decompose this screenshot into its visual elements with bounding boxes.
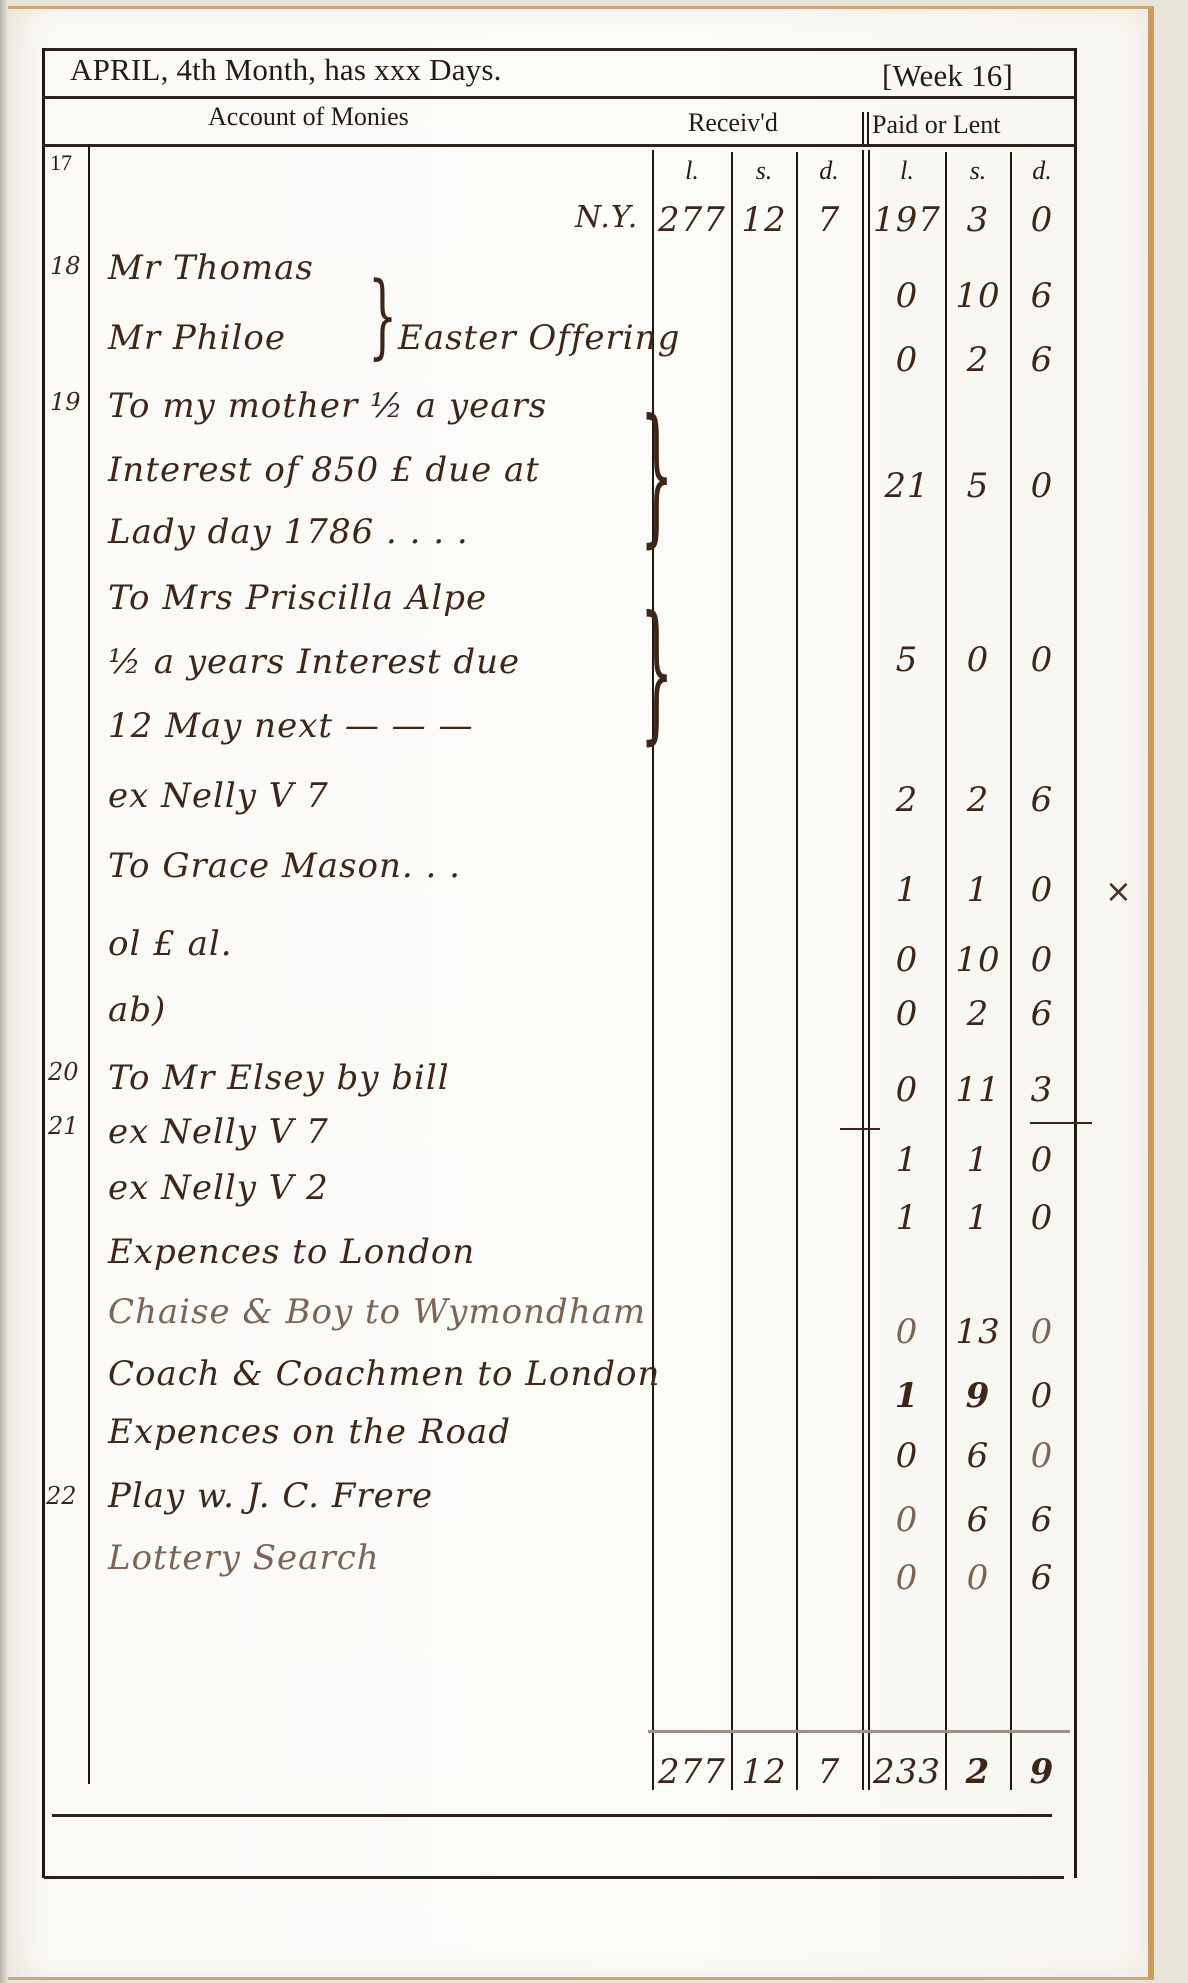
entry-paid-shillings: 1 [947, 1140, 1009, 1180]
entry-description: Expences to London [108, 1232, 475, 1272]
entry-paid-pounds: 0 [870, 1312, 944, 1352]
received-d-rule [796, 152, 798, 1790]
received-paid-double-rule-a [862, 150, 864, 1790]
bf-received-shillings: 12 [733, 200, 795, 240]
entry-paid-pence: 0 [1012, 1312, 1072, 1352]
entry-description: ex Nelly V 2 [108, 1168, 329, 1208]
entry-paid-pence: 0 [1012, 1198, 1072, 1238]
entry-paid-pounds: 0 [870, 940, 944, 980]
tick-mark [840, 1128, 880, 1130]
entry-paid-shillings: 2 [947, 780, 1009, 820]
bf-received-pounds: 277 [654, 200, 730, 240]
week-label: [Week 16] [882, 58, 1013, 94]
entry-paid-pence: 6 [1012, 276, 1072, 316]
entry-description: ab) [108, 990, 166, 1030]
received-pence-unit: d. [799, 156, 859, 186]
entry-paid-pounds: 1 [870, 1198, 944, 1238]
paid-or-lent-header: Paid or Lent [872, 110, 1001, 140]
total-paid-shillings: 2 [947, 1752, 1009, 1792]
entry-paid-pounds: 0 [870, 1436, 944, 1476]
received-shillings-unit: s. [734, 156, 794, 186]
bracket-brace: } [640, 585, 673, 759]
entry-paid-pounds: 1 [870, 870, 944, 910]
entry-paid-shillings: 6 [947, 1436, 1009, 1476]
entry-description: Coach & Coachmen to London [108, 1354, 660, 1394]
entry-date: 21 [48, 1112, 79, 1140]
margin-cross-mark: × [1105, 872, 1132, 910]
entry-description: Mr Thomas [108, 248, 314, 288]
entry-paid-pence: 0 [1012, 870, 1072, 910]
entry-paid-pounds: 0 [870, 340, 944, 380]
total-received-pounds: 277 [654, 1752, 730, 1792]
entry-paid-shillings: 10 [947, 940, 1009, 980]
entry-paid-pence: 0 [1012, 1376, 1072, 1416]
entry-paid-pence: 3 [1012, 1070, 1072, 1110]
entry-description: ex Nelly V 7 [108, 776, 329, 816]
bf-received-pence: 7 [798, 200, 860, 240]
bracket-brace: } [640, 388, 673, 562]
entry-description: Chaise & Boy to Wymondham [108, 1292, 646, 1332]
entry-date: 20 [48, 1058, 79, 1086]
entry-description: Play w. J. C. Frere [108, 1476, 433, 1516]
entry-paid-pence: 6 [1012, 1558, 1072, 1598]
entry-paid-shillings: 11 [947, 1070, 1009, 1110]
bf-paid-pounds: 197 [870, 200, 944, 240]
entry-date: 19 [50, 388, 81, 416]
title-divider [42, 96, 1076, 99]
entry-paid-pounds: 0 [870, 1500, 944, 1540]
entry-paid-shillings: 9 [947, 1376, 1009, 1416]
entry-description: Lottery Search [108, 1538, 380, 1578]
entry-description: To Mrs Priscilla Alpe [108, 578, 487, 618]
page-title: APRIL, 4th Month, has xxx Days. [70, 52, 502, 88]
received-header: Receiv'd [688, 108, 778, 138]
date-column-rule [88, 144, 90, 1784]
entry-date: 22 [46, 1482, 77, 1510]
entry-paid-shillings: 10 [947, 276, 1009, 316]
frame-left-line [42, 48, 45, 1878]
entry-paid-shillings: 0 [947, 1558, 1009, 1598]
frame-right-line [1074, 48, 1077, 1878]
entry-paid-pounds: 2 [870, 780, 944, 820]
entry-description: 12 May next — — — [108, 706, 473, 746]
entry-description: To my mother ½ a years [108, 386, 547, 426]
entry-paid-pounds: 0 [870, 276, 944, 316]
frame-top-line [42, 48, 1076, 51]
entry-paid-shillings: 6 [947, 1500, 1009, 1540]
header-divider [42, 144, 1076, 147]
entry-paid-pounds: 0 [870, 994, 944, 1034]
bf-paid-shillings: 3 [947, 200, 1009, 240]
total-received-shillings: 12 [733, 1752, 795, 1792]
book-spine-shadow [0, 0, 8, 1983]
bottom-rule [52, 1814, 1052, 1817]
page-foot-rule [44, 1876, 1064, 1879]
entry-paid-shillings: 1 [947, 870, 1009, 910]
entry-paid-shillings: 1 [947, 1198, 1009, 1238]
brought-forward-label: N.Y. [575, 200, 638, 235]
entry-paid-shillings: 2 [947, 994, 1009, 1034]
entry-paid-pounds: 1 [870, 1376, 944, 1416]
entry-description: Mr Philoe [108, 318, 286, 358]
entry-paid-pounds: 0 [870, 1070, 944, 1110]
easter-offering-note: Easter Offering [398, 318, 680, 358]
year-prefix: 17 [50, 150, 72, 176]
total-paid-pence: 9 [1012, 1752, 1072, 1792]
entry-paid-shillings: 13 [947, 1312, 1009, 1352]
entry-date: 18 [50, 252, 81, 280]
entry-description: ol £ al. [108, 924, 233, 964]
entry-description: To Mr Elsey by bill [108, 1058, 450, 1098]
paid-pounds-unit: l. [871, 156, 943, 186]
entry-paid-pence: 6 [1012, 994, 1072, 1034]
entry-paid-pounds: 21 [870, 466, 944, 506]
entry-paid-pence: 0 [1012, 940, 1072, 980]
entry-paid-pounds: 1 [870, 1140, 944, 1180]
bf-paid-pence: 0 [1012, 200, 1072, 240]
entry-paid-pence: 6 [1012, 340, 1072, 380]
entry-paid-shillings: 5 [947, 466, 1009, 506]
entry-description: To Grace Mason. . . [108, 846, 461, 886]
entry-paid-pence: 6 [1012, 780, 1072, 820]
total-paid-pounds: 233 [870, 1752, 944, 1792]
account-of-monies-header: Account of Monies [208, 102, 409, 132]
bracket-brace: } [368, 262, 397, 369]
entry-paid-pence: 6 [1012, 1500, 1072, 1540]
entry-paid-pence: 0 [1012, 1436, 1072, 1476]
entry-paid-pounds: 5 [870, 640, 944, 680]
totals-rule [648, 1730, 1070, 1733]
header-double-rule-b [867, 112, 869, 146]
entry-paid-shillings: 2 [947, 340, 1009, 380]
entry-description: Expences on the Road [108, 1412, 511, 1452]
header-double-rule-a [862, 112, 864, 146]
entry-paid-pence: 0 [1012, 1140, 1072, 1180]
total-received-pence: 7 [798, 1752, 860, 1792]
paid-shillings-unit: s. [948, 156, 1008, 186]
entry-description: ex Nelly V 7 [108, 1112, 329, 1152]
entry-description: Interest of 850 £ due at [108, 450, 540, 490]
tick-mark [1030, 1122, 1092, 1124]
entry-paid-pounds: 0 [870, 1558, 944, 1598]
entry-paid-pence: 0 [1012, 640, 1072, 680]
received-pounds-unit: l. [656, 156, 728, 186]
received-s-rule [731, 152, 733, 1790]
entry-description: Lady day 1786 . . . . [108, 512, 469, 552]
entry-paid-pence: 0 [1012, 466, 1072, 506]
paid-pence-unit: d. [1013, 156, 1071, 186]
entry-description: ½ a years Interest due [108, 642, 520, 682]
entry-paid-shillings: 0 [947, 640, 1009, 680]
